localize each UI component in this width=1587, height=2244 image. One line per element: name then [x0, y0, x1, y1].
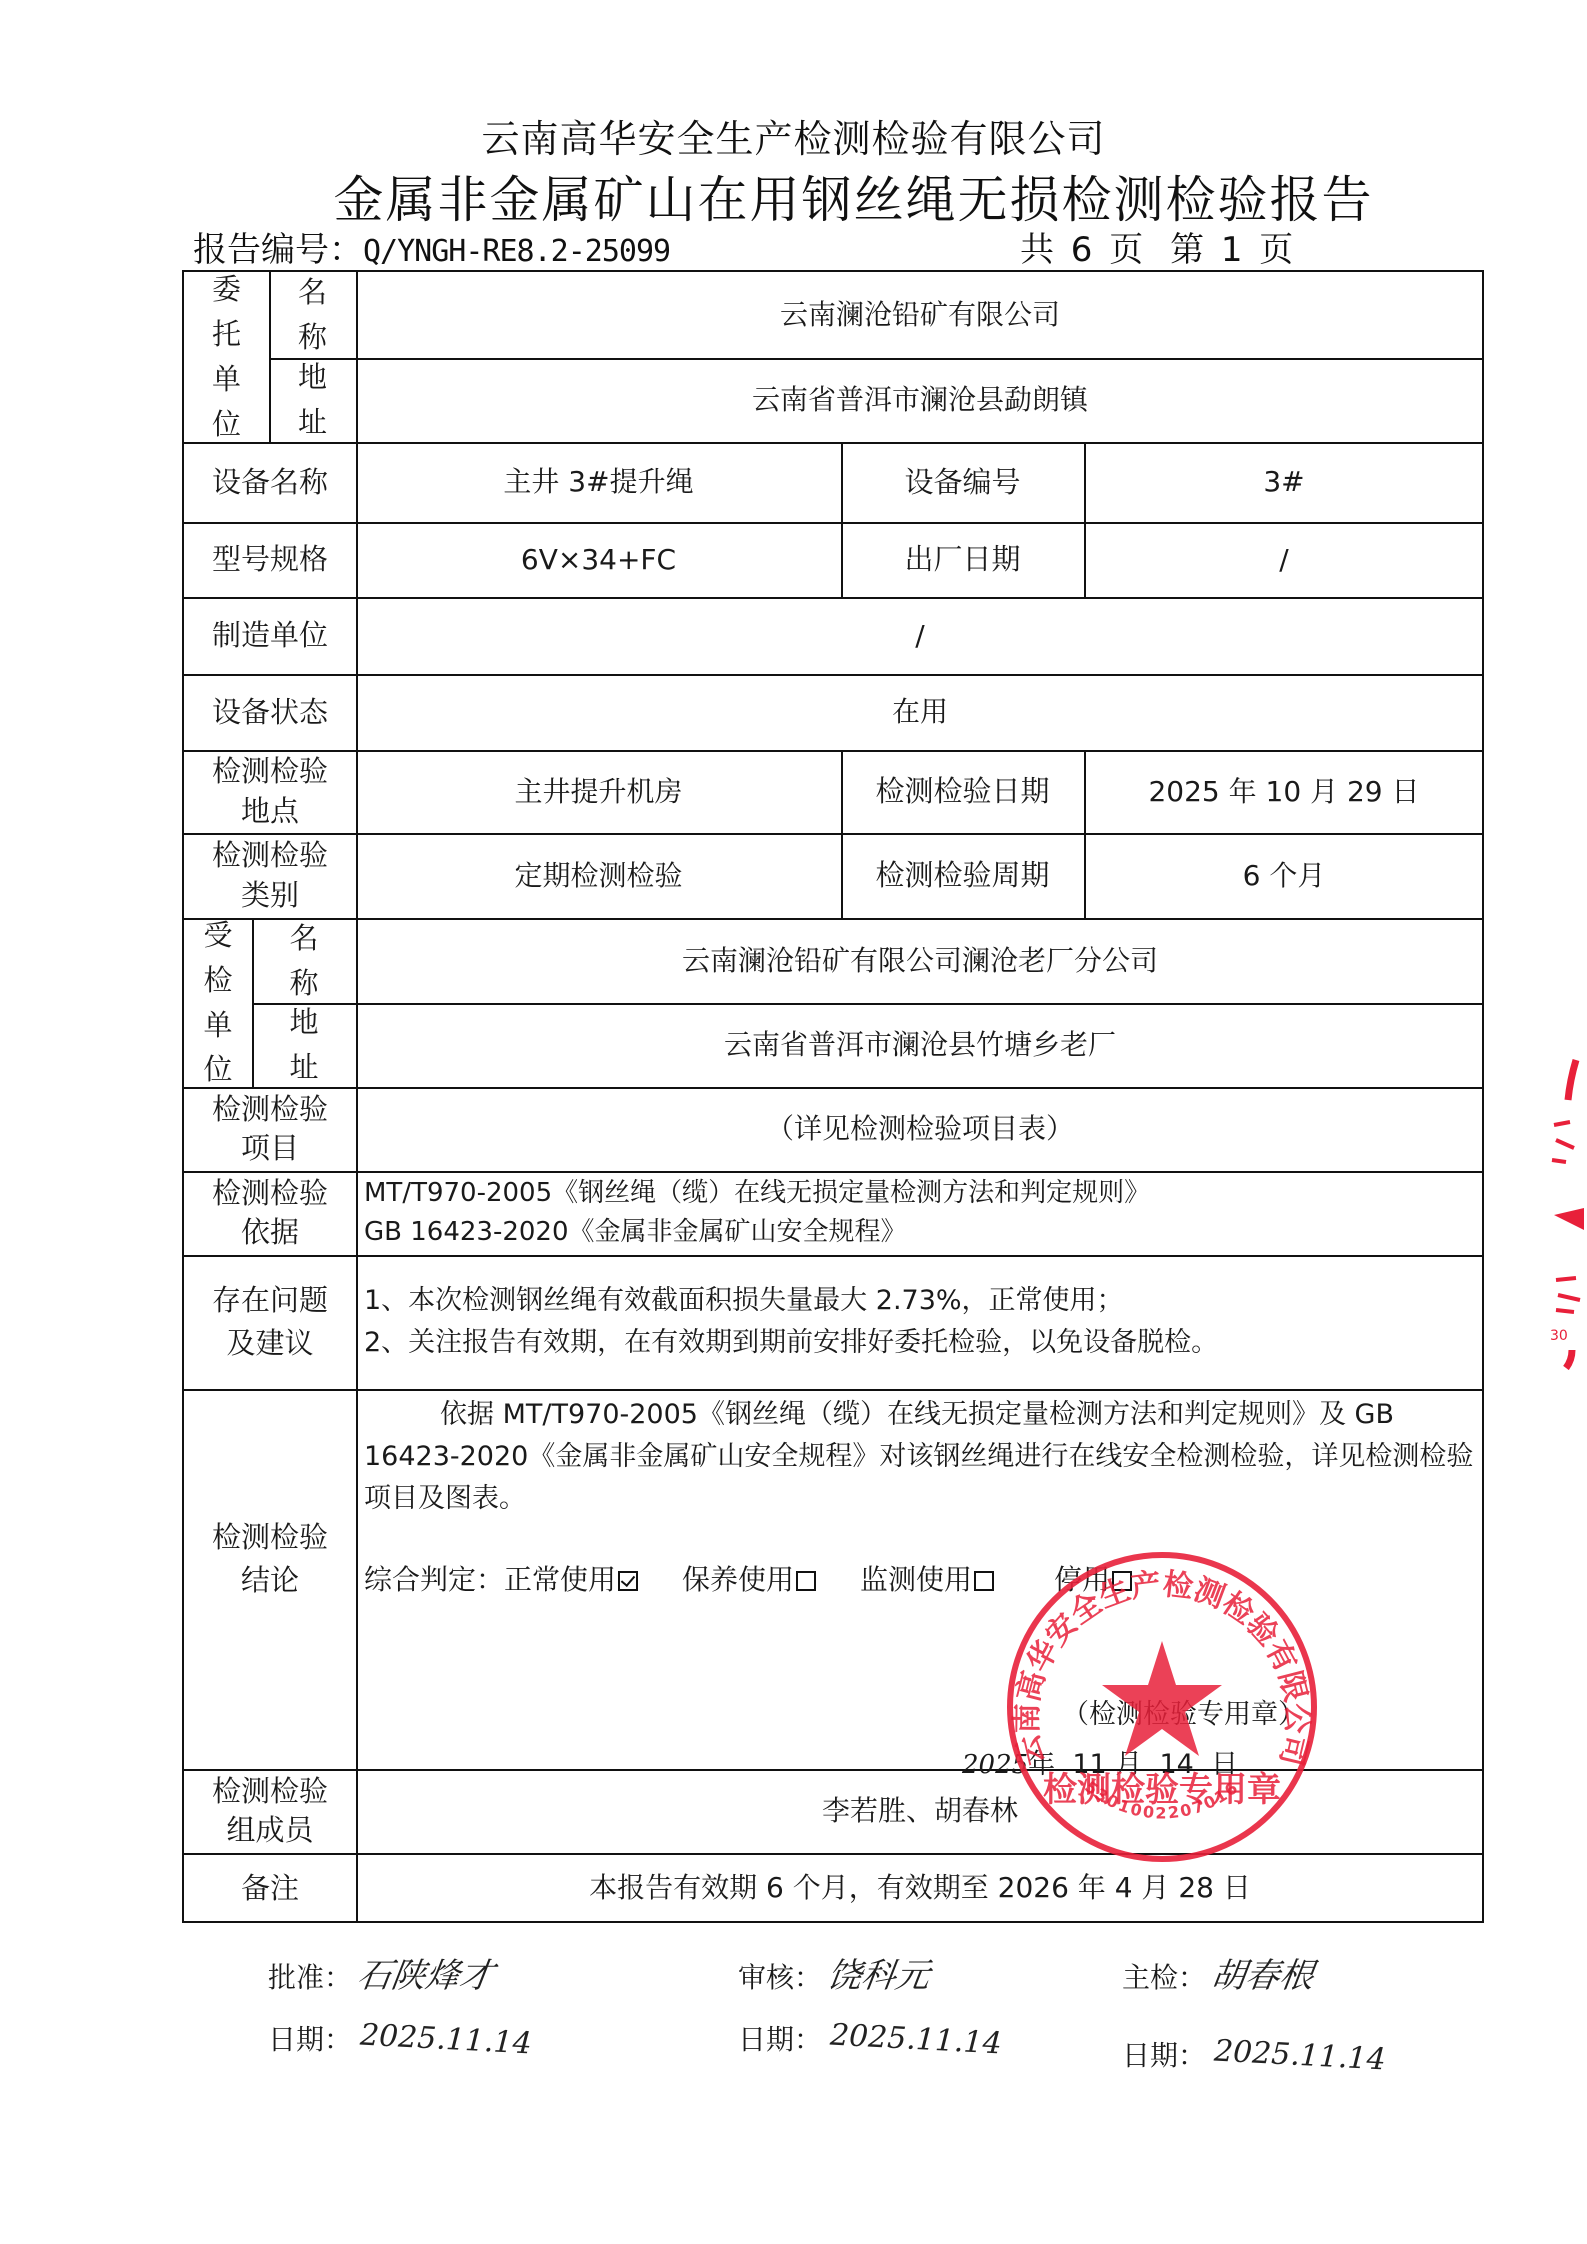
approve-date-label: 日期：: [268, 2023, 352, 2056]
inspected-unit-group-label: 受 检 单 位: [184, 918, 252, 1087]
option-label: 正常使用: [504, 1563, 616, 1596]
members-label: 检测检验 组成员: [184, 1769, 356, 1853]
total-pages: 共 6 页: [1020, 230, 1143, 270]
checkbox-icon[interactable]: [974, 1571, 994, 1591]
client-address-label: 地 址: [269, 358, 356, 442]
current-page: 第 1 页: [1170, 230, 1293, 270]
inspection-location: 主井提升机房: [356, 750, 841, 833]
label-line: 检测检验: [212, 752, 328, 791]
page-indicator: 共 6 页 第 1 页: [1020, 222, 1303, 271]
label-char: 称: [298, 315, 327, 360]
location-label: 检测检验 地点: [184, 750, 356, 833]
review-label: 审核：: [738, 1961, 822, 1994]
report-number: 报告编号：Q/YNGH-RE8.2-25099: [193, 222, 670, 271]
items-label: 检测检验 项目: [184, 1087, 356, 1171]
chief-inspector-signature: 主检：胡春根: [1122, 1948, 1314, 1997]
factory-date-label: 出厂日期: [841, 522, 1084, 597]
review-signature-value: 饶科元: [825, 1948, 934, 1997]
inspection-date-label: 检测检验日期: [841, 750, 1084, 833]
model-label: 型号规格: [184, 522, 356, 597]
approve-label: 批准：: [268, 1961, 352, 1994]
label-line: 检测检验: [212, 836, 328, 875]
basis-label: 检测检验 依据: [184, 1171, 356, 1255]
approve-signature: 石陕烽才: [355, 1948, 498, 1997]
items-value: （详见检测检验项目表）: [356, 1087, 1484, 1171]
basis-line: MT/T970-2005《钢丝绳（缆）在线无损定量检测方法和判定规则》: [364, 1174, 1150, 1213]
inspected-name-label: 名 称: [252, 918, 356, 1003]
svg-text:30: 30: [1550, 1328, 1568, 1344]
option-stop-use[interactable]: 停用: [1054, 1563, 1132, 1596]
label-line: 及建议: [226, 1322, 313, 1366]
inspection-cycle-label: 检测检验周期: [841, 833, 1084, 918]
members-value: 李若胜、胡春林: [356, 1769, 1484, 1853]
equipment-status: 在用: [356, 674, 1484, 750]
notes-label: 备注: [184, 1853, 356, 1923]
status-label: 设备状态: [184, 674, 356, 750]
chief-date-label: 日期：: [1122, 2039, 1206, 2072]
client-name: 云南澜沧铅矿有限公司: [356, 272, 1484, 358]
checkbox-checked-icon[interactable]: [618, 1571, 638, 1591]
label-char: 单: [203, 1003, 232, 1048]
approve-date-value: 2025.11.14: [359, 2018, 532, 2062]
label-char: 称: [289, 961, 318, 1006]
label-char: 地: [289, 1000, 318, 1045]
label-char: 委: [212, 267, 241, 312]
report-table: 委 托 单 位 名 称 云南澜沧铅矿有限公司 地 址 云南省普洱市澜沧县勐朗镇 …: [182, 270, 1484, 1923]
label-char: 托: [212, 312, 241, 357]
conclusion-paragraph: 依据 MT/T970-2005《钢丝绳（缆）在线无损定量检测方法和判定规则》及 …: [364, 1394, 1474, 1520]
report-number-label: 报告编号：: [193, 230, 363, 270]
client-address: 云南省普洱市澜沧县勐朗镇: [356, 358, 1484, 442]
client-group-label: 委 托 单 位: [184, 272, 269, 442]
manufacturer-label: 制造单位: [184, 597, 356, 674]
seal-note: （检测检验专用章）: [1062, 1692, 1305, 1731]
equipment-number: 3#: [1084, 442, 1484, 522]
label-line: 地点: [241, 792, 299, 831]
label-line: 依据: [241, 1213, 299, 1252]
option-label: 监测使用: [860, 1563, 972, 1596]
label-line: 结论: [241, 1559, 299, 1603]
label-char: 位: [203, 1047, 232, 1092]
label-char: 位: [212, 402, 241, 447]
equipment-name-label: 设备名称: [184, 442, 356, 522]
issue-line: 2、关注报告有效期，在有效期到期前安排好委托检验，以免设备脱检。: [364, 1322, 1218, 1364]
report-number-value: Q/YNGH-RE8.2-25099: [363, 234, 670, 269]
inspected-address-label: 地 址: [252, 1003, 356, 1087]
inspected-unit-name: 云南澜沧铅矿有限公司澜沧老厂分公司: [356, 918, 1484, 1003]
notes-value: 本报告有效期 6 个月，有效期至 2026 年 4 月 28 日: [356, 1853, 1484, 1923]
review-date: 日期：2025.11.14: [738, 2018, 1002, 2058]
label-line: 检测检验: [212, 1516, 328, 1560]
review-date-label: 日期：: [738, 2023, 822, 2056]
category-label: 检测检验 类别: [184, 833, 356, 918]
edge-seal-icon: 30: [1536, 1050, 1587, 1370]
label-char: 单: [212, 357, 241, 402]
option-monitored-use[interactable]: 监测使用: [860, 1563, 994, 1596]
label-char: 地: [298, 355, 327, 400]
label-line: 项目: [241, 1129, 299, 1168]
basis-list: MT/T970-2005《钢丝绳（缆）在线无损定量检测方法和判定规则》 GB 1…: [364, 1171, 1474, 1255]
label-char: 受: [203, 913, 232, 958]
chief-signature-value: 胡春根: [1209, 1948, 1318, 1997]
manufacturer: /: [356, 597, 1484, 674]
label-line: 类别: [241, 876, 299, 915]
chief-label: 主检：: [1122, 1961, 1206, 1994]
option-label: 保养使用: [682, 1563, 794, 1596]
approval-date: 日期：2025.11.14: [268, 2018, 532, 2058]
option-maintenance-use[interactable]: 保养使用: [682, 1563, 816, 1596]
equipment-number-label: 设备编号: [841, 442, 1084, 522]
label-line: 存在问题: [212, 1279, 328, 1323]
label-line: 检测检验: [212, 1772, 328, 1811]
label-line: 组成员: [226, 1811, 313, 1850]
conclusion-label: 检测检验 结论: [184, 1389, 356, 1769]
label-line: 检测检验: [212, 1090, 328, 1129]
approval-signature: 批准：石陕烽才: [268, 1948, 494, 1997]
option-label: 停用: [1054, 1563, 1110, 1596]
judgement-label: 综合判定：: [364, 1563, 504, 1596]
inspection-category: 定期检测检验: [356, 833, 841, 918]
basis-line: GB 16423-2020《金属非金属矿山安全规程》: [364, 1213, 907, 1252]
inspected-unit-address: 云南省普洱市澜沧县竹塘乡老厂: [356, 1003, 1484, 1087]
review-signature: 审核：饶科元: [738, 1948, 930, 1997]
inspection-cycle: 6 个月: [1084, 833, 1484, 918]
issues-list: 1、本次检测钢丝绳有效截面积损失量最大 2.73%，正常使用； 2、关注报告有效…: [364, 1255, 1474, 1389]
label-line: 检测检验: [212, 1174, 328, 1213]
conclusion-text: 依据 MT/T970-2005《钢丝绳（缆）在线无损定量检测方法和判定规则》及 …: [364, 1394, 1474, 1520]
option-normal-use[interactable]: 正常使用: [504, 1563, 638, 1596]
chief-date-value: 2025.11.14: [1213, 2034, 1386, 2078]
label-char: 名: [289, 916, 318, 961]
chief-inspector-date: 日期：2025.11.14: [1122, 2018, 1386, 2074]
model-value: 6V×34+FC: [356, 522, 841, 597]
factory-date: /: [1084, 522, 1484, 597]
client-name-label: 名 称: [269, 272, 356, 358]
checkbox-icon[interactable]: [1112, 1571, 1132, 1591]
label-char: 检: [203, 958, 232, 1003]
inspection-date: 2025 年 10 月 29 日: [1084, 750, 1484, 833]
label-char: 址: [298, 400, 327, 445]
checkbox-icon[interactable]: [796, 1571, 816, 1591]
issue-line: 1、本次检测钢丝绳有效截面积损失量最大 2.73%，正常使用；: [364, 1280, 1124, 1322]
company-name: 云南高华安全生产检测检验有限公司: [0, 108, 1587, 163]
issues-label: 存在问题 及建议: [184, 1255, 356, 1389]
label-char: 址: [289, 1045, 318, 1090]
equipment-name: 主井 3#提升绳: [356, 442, 841, 522]
overall-judgement: 综合判定：正常使用保养使用监测使用停用: [364, 1558, 1132, 1598]
review-date-value: 2025.11.14: [829, 2018, 1002, 2062]
label-char: 名: [298, 270, 327, 315]
